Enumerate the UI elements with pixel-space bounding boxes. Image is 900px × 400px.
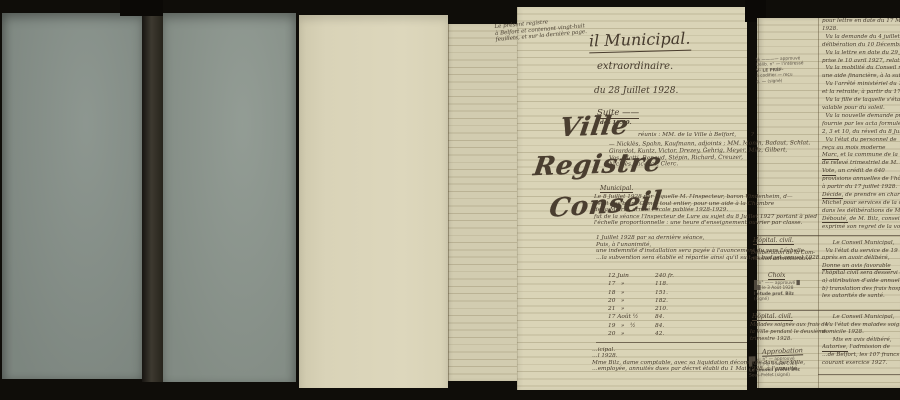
hw-line: Vu la demande du 4 juillet 19 [822, 34, 900, 42]
prefecture-stamp-top: № ———— approuvéDélib. n° — l'intéresséV·… [756, 56, 805, 85]
hw-line: à partir du 17 juillet 1928. [822, 184, 900, 192]
account-table: 12 Juin240 fr.17 »118.18 »151.20 »182.21… [608, 273, 674, 339]
hw-line: délibération du 10 Décembre 1927. [822, 42, 900, 50]
table-cell: 21 » [608, 306, 655, 312]
approval-stamp-bottom: ██ — n° — approuvé█ — 25 le 5 août 1928L… [749, 357, 800, 380]
margin-note-text: Approbation [762, 346, 803, 356]
hw-text: et la commune de la [839, 152, 898, 158]
table-row: 19 » ½84. [608, 323, 674, 331]
book-cover-spine [142, 12, 163, 382]
hw-line: 2, 3 et 10, du réveil du 8 Juillet 1928 [822, 129, 900, 137]
section-divider-line [818, 374, 900, 375]
hw-line: …de Belfort, les 107 francs dus [822, 352, 900, 360]
hw-line: fournie par les acta formulée [822, 121, 900, 129]
table-row: 17 »118. [608, 281, 674, 289]
table-cell: 17 » [608, 281, 655, 287]
hw-line: (signé) [754, 297, 800, 302]
hw-line: l'échelle proportionnelle : une heure d'… [594, 220, 817, 227]
table-cell: 210. [655, 306, 668, 312]
hw-line: pour lettre en date du 17 Mai 1928 a été… [822, 18, 900, 26]
hw-line: exprimé son regret de la voir quitter l'… [822, 224, 900, 232]
underlined-word: Vote, [822, 168, 836, 176]
hw-line: l'hôpital civil sera desservi du 17 Ju [822, 270, 900, 278]
hw-line: Décide, de prendre en charge le m [822, 192, 900, 200]
hw-line: et la retraite, à partir du 17 juillet 1… [822, 89, 900, 97]
table-cell: 18 » [608, 290, 655, 296]
hw-line: Vote, un crédit de 640 [822, 168, 900, 176]
page-edge-line [448, 24, 449, 381]
table-cell: 84. [655, 314, 664, 320]
table-row: 12 Juin240 fr. [608, 273, 674, 281]
hw-line: trimestre 1928. [750, 336, 828, 343]
session-type-line: extraordinaire. [597, 61, 673, 72]
table-cell: 240 fr. [655, 273, 674, 279]
hw-line: de la Mairie, arrêté l'école publiée 192… [594, 207, 817, 214]
hw-text: de M. Bilz, conseiller [848, 216, 900, 222]
margin-note-deliberation: Délibération de la Com-mission administr… [751, 250, 815, 263]
margin-note-malades: Malades soignés aux frais dela Ville pen… [750, 322, 828, 342]
underlined-word: Autorise, [822, 344, 848, 352]
deliberation-paragraph-1: Le 8 Juillet 1928 par laquelle M. l'Insp… [594, 194, 817, 227]
hw-line: provisions annuelles de l'hôtel des p [822, 176, 900, 184]
right-page-section-2: Le Conseil Municipal, Vu l'état des mala… [822, 314, 900, 367]
hw-line: Débouté, de M. Bilz, conseiller [822, 216, 900, 224]
hw-line: domicile 1928. [822, 329, 900, 337]
table-cell: 20 » [608, 298, 655, 304]
hw-line: les autorités de santé. [822, 293, 900, 301]
hw-text: l'admission de [848, 344, 890, 350]
session-date-line: du 28 Juillet 1928. [594, 86, 678, 96]
table-cell: 17 Août ½ [608, 314, 655, 320]
margin-note-hopital-civil: Hôpital. civil. [753, 237, 794, 244]
hw-text: un crédit de 640 [836, 168, 885, 174]
right-page-body-text: pour lettre en date du 17 Mai 1928 a été… [822, 18, 900, 231]
hw-line: Le Conseil Municipal, [822, 314, 900, 322]
hw-line: valable pour du soleil. [822, 105, 900, 113]
hw-line: Vu la fille de laquelle s'était [822, 97, 900, 105]
hw-line: Vu la lettre en date du 29 ju [822, 50, 900, 58]
table-cell: 12 Juin [608, 273, 655, 279]
hw-line: mission administrative [751, 256, 815, 262]
table-cell: 84. [655, 323, 664, 329]
hw-line: Malades soignés aux frais de [750, 322, 828, 329]
table-row: 18 »151. [608, 290, 674, 298]
margin-note-text: Hôpital. civil. [753, 237, 794, 245]
table-row: 20 »182. [608, 298, 674, 306]
underlined-word: Décide, [822, 192, 843, 200]
section-divider-line [757, 310, 900, 311]
scan-seam-line [517, 7, 518, 390]
attendance-intro-line: réunis : MM. de la Ville à Belfort, ? [638, 132, 754, 138]
underlined-word: Marc, [822, 152, 839, 160]
hw-line: Vu l'arrêté ministériel du 1 [822, 81, 900, 89]
hw-line: a) attribution d'aide annuelle [822, 278, 900, 286]
hw-line: Le Conseil Municipal, [822, 240, 900, 248]
register-scan-spread: Le présent registreà Belfort et contenan… [0, 0, 900, 400]
table-cell: 19 » ½ [608, 323, 655, 329]
hw-line: dans les délibérations de M. [822, 208, 900, 216]
hw-line: Mis en avis délibéré, [822, 337, 900, 345]
table-divider-line [596, 342, 747, 343]
blank-flyleaf-page [299, 15, 448, 388]
hw-line: Vu l'état des malades soignés à [822, 322, 900, 330]
center-page-left-margin [448, 24, 517, 381]
table-cell: 42. [655, 331, 664, 337]
hw-line: après en avoir délibéré, [822, 255, 900, 263]
page-title-fragment: il Municipal. [589, 29, 691, 54]
hw-line: reçu au mois moderne [822, 145, 900, 153]
table-row: 17 Août ½84. [608, 314, 674, 322]
councillor-names-list: — Nicklès, Spahn, Kaufmann, adjoints ; M… [609, 140, 811, 169]
overlay-word-ville: Ville [558, 111, 631, 143]
hw-line: Le 8 Juillet 1928 par laquelle M. l'Insp… [594, 194, 817, 201]
spine-top-shadow [120, 0, 163, 16]
book-cover-right-panel [163, 13, 296, 382]
margin-note-hopital-civil: Hôpital. civil. [752, 313, 793, 320]
hw-text: de prendre en charge le m [843, 192, 900, 198]
table-row: 20 »42. [608, 331, 674, 339]
hw-line: Autorise, l'admission de [822, 344, 900, 352]
hw-line: Nicklès, Jacquot, Clerc. [609, 161, 810, 169]
table-cell: 151. [655, 290, 668, 296]
right-page-section-1: Le Conseil Municipal, Vu l'état du servi… [822, 240, 900, 301]
hw-line: Michel pour services de la commission [822, 200, 900, 208]
hw-line: la Ville pendant le deuxième [750, 329, 828, 336]
margin-note-approbation: Approbation [762, 346, 803, 355]
table-cell: 20 » [608, 331, 655, 337]
hw-line: 1928. [822, 26, 900, 34]
margin-note-text: Hôpital. civil. [752, 313, 793, 321]
margin-note-text: Choix [768, 272, 785, 280]
table-cell: 182. [655, 298, 668, 304]
hw-line: Vu la nouvelle demande prés [822, 113, 900, 121]
underlined-word: Débouté, [822, 216, 848, 224]
hw-line: Sous-Préfet (signé) [749, 373, 800, 379]
margin-note-choix: Choix [768, 272, 785, 279]
municipal-label: Municipal. [600, 185, 633, 193]
book-cover-left-panel [2, 13, 142, 379]
hw-line: courant exercice 1927. [822, 360, 900, 368]
approval-stamp-middle: █ n° —— approuvé ███ le 3 Août 1928l'étu… [754, 281, 800, 303]
hw-line: Vu l'état du personnel de [822, 137, 900, 145]
table-cell: 118. [655, 281, 668, 287]
